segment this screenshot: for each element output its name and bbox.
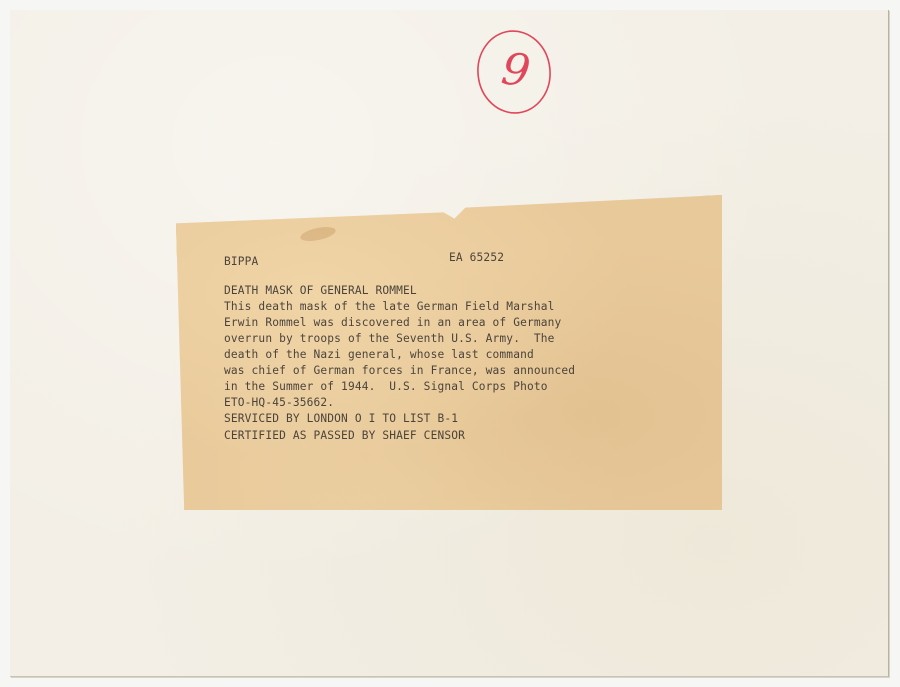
- caption-line: in the Summer of 1944. U.S. Signal Corps…: [224, 380, 548, 393]
- caption-line: overrun by troops of the Seventh U.S. Ar…: [224, 332, 555, 345]
- caption-body: This death mask of the late German Field…: [224, 300, 238, 404]
- service-line: SERVICED BY LONDON O I TO LIST B-1: [224, 412, 458, 425]
- caption-line: Erwin Rommel was discovered in an area o…: [224, 316, 561, 329]
- agency-code: BIPPA: [224, 255, 258, 268]
- caption-line: was chief of German forces in France, wa…: [224, 364, 575, 377]
- caption-headline: DEATH MASK OF GENERAL ROMMEL: [224, 284, 417, 297]
- censor-line: CERTIFIED AS PASSED BY SHAEF CENSOR: [224, 429, 465, 442]
- handwritten-number: 9: [470, 21, 561, 119]
- circled-number-mark: 9: [474, 28, 554, 116]
- caption-line: ETO-HQ-45-35662.: [224, 396, 334, 409]
- caption-line: This death mask of the late German Field…: [224, 300, 555, 313]
- caption-line: death of the Nazi general, whose last co…: [224, 348, 534, 361]
- reference-number: EA 65252: [449, 251, 504, 264]
